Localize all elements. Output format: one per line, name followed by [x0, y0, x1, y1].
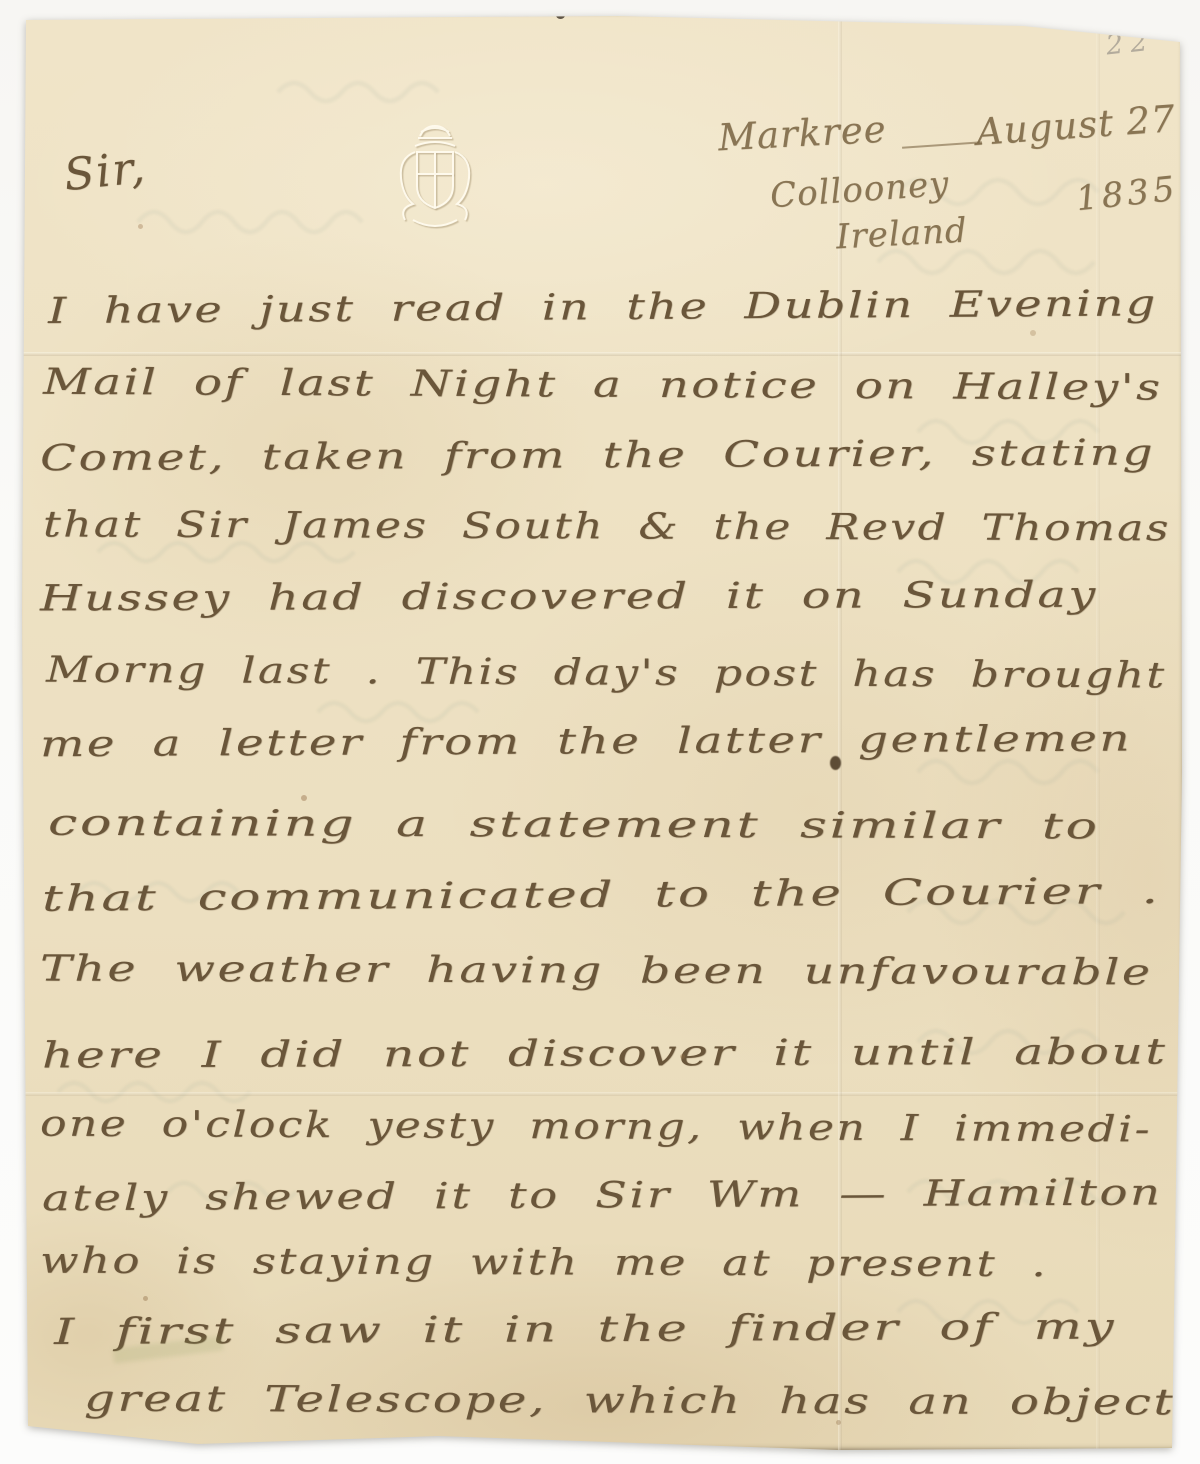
- letter-page: 22 Markree August 27 Collooney 1835 Irel…: [18, 12, 1184, 1450]
- foxing-spot: [680, 1054, 685, 1059]
- pencil-page-number: 22: [1105, 26, 1156, 62]
- heading-place: Markree: [717, 108, 888, 160]
- foxing-spot: [1030, 330, 1036, 336]
- embossed-crest: [385, 122, 485, 248]
- foxing-spot: [143, 1296, 148, 1301]
- fold-line-horizontal-lower: [18, 1092, 1184, 1096]
- paper-sheet: 22 Markree August 27 Collooney 1835 Irel…: [18, 12, 1184, 1450]
- body-line: here I did not discover it until about: [42, 1032, 1168, 1077]
- body-line: great Telescope, which has an object: [84, 1379, 1176, 1424]
- body-line: who is staying with me at present .: [40, 1241, 1048, 1286]
- body-line: containing a statement similar to: [48, 803, 1100, 848]
- body-line: Comet, taken from the Courier, stating: [40, 432, 1155, 479]
- body-line: The weather having been unfavourable: [40, 949, 1153, 994]
- body-line: that communicated to the Courier .: [42, 871, 1161, 920]
- body-line: me a letter from the latter gentlemen: [40, 718, 1132, 765]
- body-line: I have just read in the Dublin Evening: [48, 283, 1158, 332]
- body-line: Hussey had discovered it on Sunday: [40, 575, 1098, 620]
- body-line: Mail of last Night a notice on Halley's: [43, 362, 1163, 409]
- scan-background: { "page": { "pencil_page_number": "22" }…: [0, 0, 1200, 1464]
- body-line: one o'clock yesty morng, when I immedi-: [40, 1104, 1152, 1151]
- body-line: ately shewed it to Sir Wm — Hamilton: [42, 1172, 1163, 1219]
- salutation: Sir,: [62, 142, 149, 201]
- foxing-spot: [836, 1420, 841, 1425]
- foxing-spot: [301, 795, 307, 801]
- body-line: Morng last . This day's post has brought: [46, 650, 1167, 697]
- foxing-spot: [556, 11, 565, 19]
- foxing-spot: [138, 224, 143, 229]
- heading-country: Ireland: [835, 211, 969, 258]
- body-line: that Sir James South & the Revd Thomas: [43, 504, 1171, 549]
- fold-line-horizontal-upper: [18, 352, 1184, 356]
- ink-blot: [830, 756, 841, 770]
